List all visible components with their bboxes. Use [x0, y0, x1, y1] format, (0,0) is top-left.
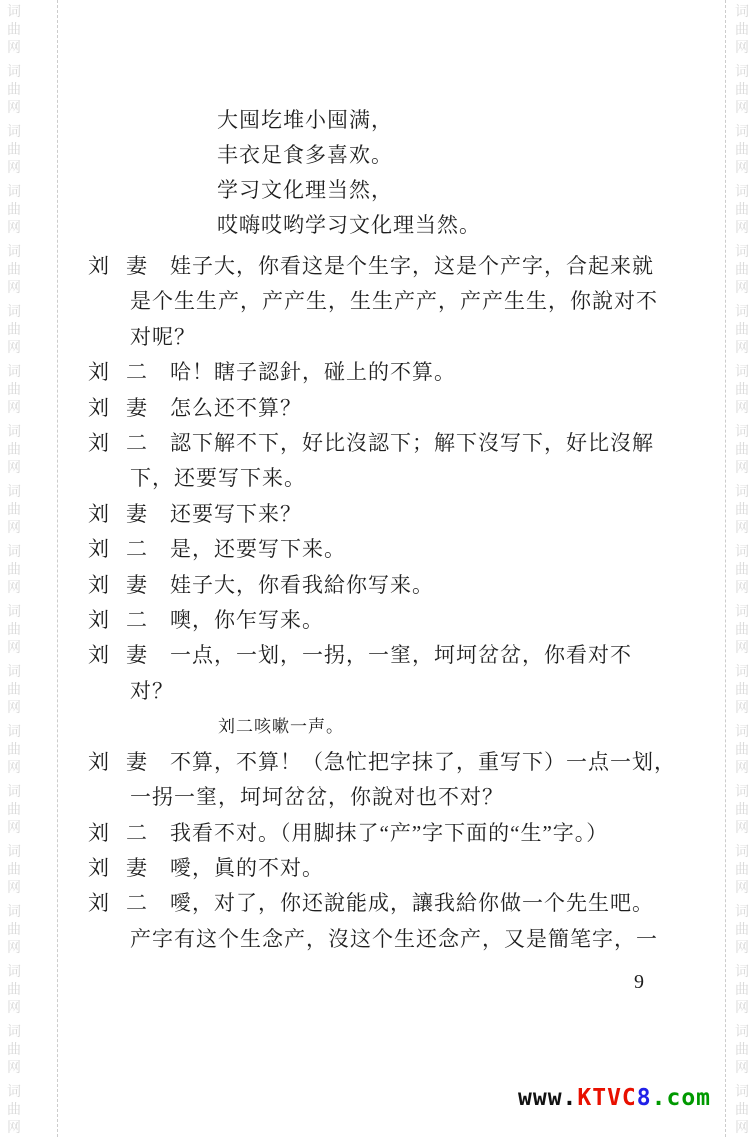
- dialogue-line: 是个生生产，产产生，生生产产，产产生生，你說对不: [0, 284, 720, 319]
- speaker-name: 妻: [126, 568, 148, 603]
- speaker-name: 刘: [88, 497, 110, 532]
- speaker-name: 刘: [88, 886, 110, 921]
- speaker-name: 刘: [88, 638, 110, 673]
- dialogue-text: 娃子大，你看我給你写来。: [170, 573, 434, 597]
- dialogue-line: 对？: [0, 674, 720, 709]
- dialogue-line: 刘妻怎么还不算？: [0, 391, 720, 426]
- dialogue-line: 刘二我看不对。（用脚抹了“产”字下面的“生”字。）: [0, 816, 720, 851]
- dialogue-line: 刘妻不算，不算！（急忙把字抹了，重写下）一点一划，: [0, 745, 720, 780]
- watermark-text: 词曲网: [733, 4, 751, 58]
- speaker-name: 二: [126, 603, 148, 638]
- dialogue-text: 怎么还不算？: [170, 396, 302, 420]
- speaker-name: 妻: [126, 851, 148, 886]
- speaker-name: 刘: [88, 568, 110, 603]
- dialogue-line: 刘妻一点，一划，一拐，一窐，坷坷岔岔，你看对不: [0, 638, 720, 673]
- dialogue-text: 噯，对了，你还說能成，讓我給你做一个先生吧。: [170, 891, 654, 915]
- verse-line: 丰衣足食多喜欢。: [217, 138, 481, 173]
- dialogue-text: 認下解不下，好比沒認下；解下沒写下，好比沒解: [170, 431, 654, 455]
- verse-line: 哎嗨哎哟学习文化理当然。: [217, 208, 481, 243]
- dialogue-text: 产字有这个生念产，沒这个生还念产，又是簡笔字，一: [130, 927, 658, 951]
- speaker-name: 二: [126, 886, 148, 921]
- dialogue-text: 一拐一窐，坷坷岔岔，你說对也不对？: [130, 785, 504, 809]
- dialogue-line: 刘二噢，你乍写来。: [0, 603, 720, 638]
- watermark-text: 词曲网: [733, 124, 751, 178]
- dialogue-text: 刘二咳嗽一声。: [218, 717, 344, 736]
- dialogue-line: 刘妻娃子大，你看我給你写来。: [0, 568, 720, 603]
- watermark-text: 词曲网: [733, 184, 751, 238]
- dialogue-line: 刘二是，还要写下来。: [0, 532, 720, 567]
- dialogue-text: 不算，不算！（急忙把字抹了，重写下）一点一划，: [170, 750, 676, 774]
- dialogue-text: 噯，眞的不对。: [170, 856, 324, 880]
- dialogue-block: 刘妻娃子大，你看这是个生字，这是个产字，合起来就是个生生产，产产生，生生产产，产…: [0, 249, 720, 957]
- watermark-text: 词曲网: [733, 64, 751, 118]
- dialogue-text: 噢，你乍写来。: [170, 608, 324, 632]
- dialogue-text: 对呢？: [130, 325, 196, 349]
- dialogue-line: 刘二認下解不下，好比沒認下；解下沒写下，好比沒解: [0, 426, 720, 461]
- speaker-name: 二: [126, 532, 148, 567]
- dialogue-line: 刘妻噯，眞的不对。: [0, 851, 720, 886]
- watermark-text: 词曲网: [733, 784, 751, 838]
- speaker-name: 刘: [88, 249, 110, 284]
- dialogue-text: 对？: [130, 679, 174, 703]
- dialogue-line: 刘二噯，对了，你还說能成，讓我給你做一个先生吧。: [0, 886, 720, 921]
- watermark-text: 词曲网: [733, 964, 751, 1018]
- dialogue-line: 下，还要写下来。: [0, 461, 720, 496]
- site-logo: www.KTVC8.com: [518, 1085, 711, 1111]
- speaker-name: 刘: [88, 391, 110, 426]
- speaker-name: 刘: [88, 851, 110, 886]
- watermark-text: 词曲网: [733, 844, 751, 898]
- scanned-page: { "watermark": { "text": "词曲网", "color":…: [0, 0, 751, 1137]
- dialogue-line: 对呢？: [0, 320, 720, 355]
- watermark-text: 词曲网: [733, 424, 751, 478]
- watermark-text: 词曲网: [5, 1024, 23, 1078]
- watermark-text: 词曲网: [733, 724, 751, 778]
- dialogue-text: 一点，一划，一拐，一窐，坷坷岔岔，你看对不: [170, 643, 632, 667]
- verse-line: 大囤圪堆小囤满，: [217, 103, 481, 138]
- speaker-name: 妻: [126, 497, 148, 532]
- watermark-text: 词曲网: [733, 364, 751, 418]
- dialogue-text: 是，还要写下来。: [170, 537, 346, 561]
- watermark-text: 词曲网: [5, 124, 23, 178]
- watermark-text: 词曲网: [733, 544, 751, 598]
- watermark-text: 词曲网: [5, 4, 23, 58]
- watermark-text: 词曲网: [5, 1084, 23, 1137]
- speaker-name: 刘: [88, 745, 110, 780]
- watermark-text: 词曲网: [5, 64, 23, 118]
- speaker-name: 妻: [126, 638, 148, 673]
- page-number: 9: [634, 971, 644, 994]
- verse-line: 学习文化理当然，: [217, 173, 481, 208]
- speaker-name: 刘: [88, 816, 110, 851]
- dialogue-line: 一拐一窐，坷坷岔岔，你說对也不对？: [0, 780, 720, 815]
- site-logo-segment: .com: [652, 1085, 711, 1111]
- speaker-name: 刘: [88, 426, 110, 461]
- watermark-text: 词曲网: [5, 964, 23, 1018]
- dialogue-text: 下，还要写下来。: [130, 466, 306, 490]
- speaker-name: 妻: [126, 745, 148, 780]
- watermark-text: 词曲网: [733, 1024, 751, 1078]
- speaker-name: 刘: [88, 355, 110, 390]
- watermark-text: 词曲网: [733, 664, 751, 718]
- dialogue-line: 刘妻娃子大，你看这是个生字，这是个产字，合起来就: [0, 249, 720, 284]
- speaker-name: 刘: [88, 603, 110, 638]
- speaker-name: 二: [126, 426, 148, 461]
- speaker-name: 二: [126, 355, 148, 390]
- dialogue-text: 还要写下来？: [170, 502, 302, 526]
- watermark-text: 词曲网: [733, 304, 751, 358]
- watermark-text: 词曲网: [733, 904, 751, 958]
- watermark-text: 词曲网: [733, 244, 751, 298]
- dialogue-line: 产字有这个生念产，沒这个生还念产，又是簡笔字，一: [0, 922, 720, 957]
- site-logo-segment: www.: [518, 1085, 577, 1111]
- site-logo-segment: KTVC: [577, 1085, 636, 1111]
- dialogue-line: 刘妻还要写下来？: [0, 497, 720, 532]
- watermark-text: 词曲网: [733, 1084, 751, 1137]
- speaker-name: 二: [126, 816, 148, 851]
- watermark-text: 词曲网: [733, 484, 751, 538]
- dashed-border-right: [725, 0, 726, 1137]
- speaker-name: 刘: [88, 532, 110, 567]
- dialogue-text: 我看不对。（用脚抹了“产”字下面的“生”字。）: [170, 821, 608, 845]
- dialogue-text: 是个生生产，产产生，生生产产，产产生生，你說对不: [130, 289, 658, 313]
- dialogue-text: 娃子大，你看这是个生字，这是个产字，合起来就: [170, 254, 654, 278]
- speaker-name: 妻: [126, 391, 148, 426]
- site-logo-segment: 8: [637, 1085, 652, 1111]
- speaker-name: 妻: [126, 249, 148, 284]
- watermark-text: 词曲网: [5, 184, 23, 238]
- dialogue-line: 刘二哈！瞎子認針，碰上的不算。: [0, 355, 720, 390]
- watermark-column-right: 词曲网词曲网词曲网词曲网词曲网词曲网词曲网词曲网词曲网词曲网词曲网词曲网词曲网词…: [733, 4, 751, 1137]
- stage-direction: 刘二咳嗽一声。: [0, 709, 720, 744]
- verse-block: 大囤圪堆小囤满，丰衣足食多喜欢。学习文化理当然，哎嗨哎哟学习文化理当然。: [217, 103, 481, 243]
- dialogue-text: 哈！瞎子認針，碰上的不算。: [170, 360, 456, 384]
- watermark-text: 词曲网: [733, 604, 751, 658]
